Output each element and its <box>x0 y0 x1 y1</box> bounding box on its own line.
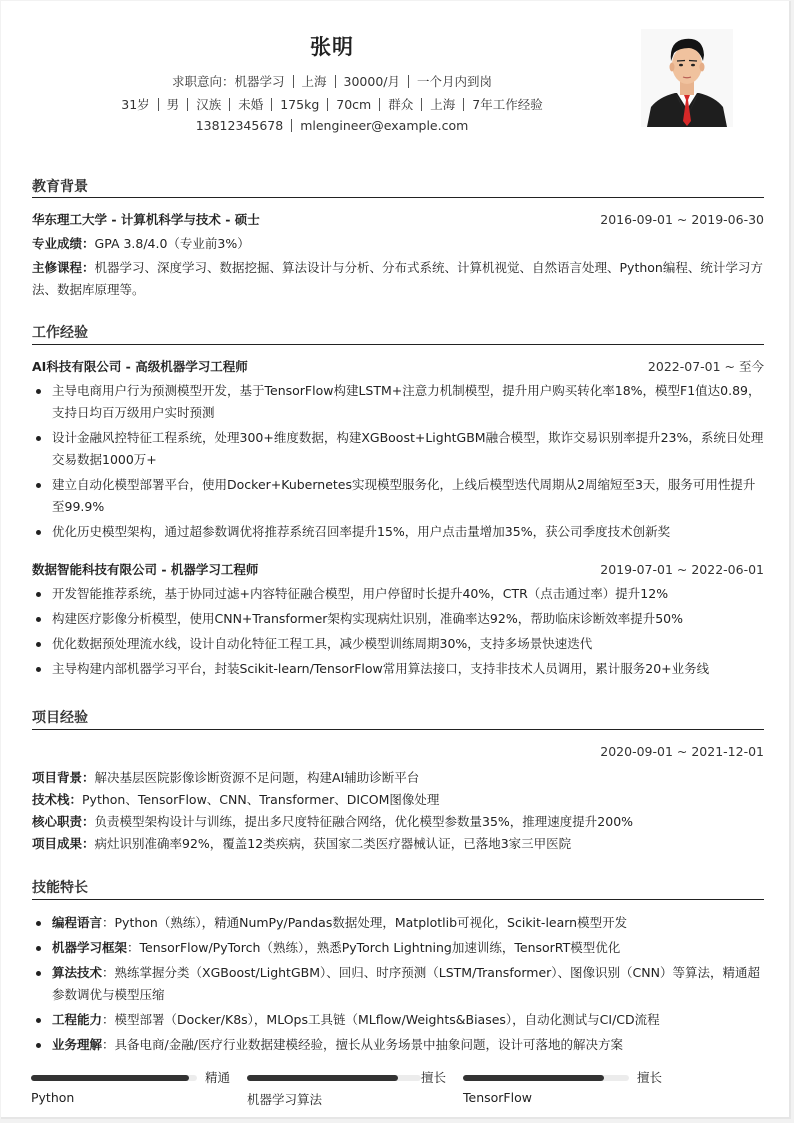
height: 70cm <box>336 97 371 112</box>
list-item: 机器学习框架：TensorFlow/PyTorch（熟练），熟悉PyTorch … <box>32 937 764 959</box>
divider <box>229 98 230 111</box>
section-divider <box>32 729 764 730</box>
job-heading: AI科技有限公司 - 高级机器学习工程师 2022-07-01 ~ 至今 <box>32 358 764 376</box>
skill-detail: ：熟练掌握分类（XGBoost/LightGBM）、回归、时序预测（LSTM/T… <box>52 965 760 1002</box>
divider <box>379 98 380 111</box>
skill-bar-fill <box>31 1075 189 1081</box>
job-intent-line: 求职意向：机器学习上海30000/月一个月内到岗 <box>1 72 663 90</box>
section-title-skills: 技能特长 <box>32 877 88 897</box>
skill-category: 工程能力 <box>52 1012 102 1027</box>
list-item: 编程语言：Python（熟练），精通NumPy/Pandas数据处理，Matpl… <box>32 912 764 934</box>
skill-detail: ：TensorFlow/PyTorch（熟练），熟悉PyTorch Lightn… <box>127 940 620 955</box>
skill-level: 擅长 <box>421 1068 446 1086</box>
section-title-project: 项目经验 <box>32 707 88 727</box>
section-divider <box>32 344 764 345</box>
section-divider <box>32 197 764 198</box>
skill-bar-track <box>31 1075 197 1081</box>
job-company-role: AI科技有限公司 - 高级机器学习工程师 <box>32 359 248 374</box>
skill-category: 编程语言 <box>52 915 102 930</box>
project-field-value: 解决基层医院影像诊断资源不足问题，构建AI辅助诊断平台 <box>95 770 420 785</box>
skill-category: 机器学习框架 <box>52 940 127 955</box>
education-courses: 主修课程：机器学习、深度学习、数据挖掘、算法设计与分析、分布式系统、计算机视觉、… <box>32 257 764 301</box>
ethnicity: 汉族 <box>196 97 221 112</box>
divider <box>187 98 188 111</box>
skill-bar-fill <box>463 1075 604 1081</box>
divider <box>291 119 292 132</box>
list-item: 工程能力：模型部署（Docker/K8s），MLOps工具链（MLflow/We… <box>32 1009 764 1031</box>
section-divider <box>32 899 764 900</box>
list-item: 开发智能推荐系统，基于协同过滤+内容特征融合模型，用户停留时长提升40%，CTR… <box>32 583 764 605</box>
skill-detail: ：具备电商/金融/医疗行业数据建模经验，擅长从业务场景中抽象问题，设计可落地的解… <box>102 1037 623 1052</box>
list-item: 建立自动化模型部署平台，使用Docker+Kubernetes实现模型服务化，上… <box>32 474 764 518</box>
resume-header: 张明 求职意向：机器学习上海30000/月一个月内到岗 31岁男汉族未婚175k… <box>1 1 791 151</box>
email[interactable]: mlengineer@example.com <box>300 118 468 133</box>
list-item: 算法技术：熟练掌握分类（XGBoost/LightGBM）、回归、时序预测（LS… <box>32 962 764 1006</box>
school-degree: 华东理工大学 - 计算机科学与技术 - 硕士 <box>32 212 260 227</box>
list-item: 构建医疗影像分析模型，使用CNN+Transformer架构实现病灶识别，准确率… <box>32 608 764 630</box>
section-title-education: 教育背景 <box>32 176 88 196</box>
education-gpa: 专业成绩：GPA 3.8/4.0（专业前3%） <box>32 233 764 255</box>
intent-position: 求职意向：机器学习 <box>172 74 285 89</box>
experience-years: 7年工作经验 <box>472 97 542 112</box>
job-bullets: 主导电商用户行为预测模型开发，基于TensorFlow构建LSTM+注意力机制模… <box>32 380 764 546</box>
divider <box>463 98 464 111</box>
gender: 男 <box>167 97 180 112</box>
project-field-value: 负责模型架构设计与训练，提出多尺度特征融合网络，优化模型参数量35%，推理速度提… <box>95 814 634 829</box>
personal-info-line: 31岁男汉族未婚175kg70cm群众上海7年工作经验 <box>1 95 663 113</box>
project-field-label: 项目背景： <box>32 770 95 785</box>
gpa-value: GPA 3.8/4.0（专业前3%） <box>95 236 250 251</box>
marital-status: 未婚 <box>238 97 263 112</box>
job-heading: 数据智能科技有限公司 - 机器学习工程师 2019-07-01 ~ 2022-0… <box>32 561 764 579</box>
project-field-label: 技术栈： <box>32 792 82 807</box>
divider <box>408 75 409 88</box>
project-field-label: 项目成果： <box>32 836 95 851</box>
project-responsibilities: 核心职责：负责模型架构设计与训练，提出多尺度特征融合网络，优化模型参数量35%，… <box>32 811 764 833</box>
skill-level: 擅长 <box>637 1068 662 1086</box>
divider <box>158 98 159 111</box>
project-date: 2020-09-01 ~ 2021-12-01 <box>600 743 764 761</box>
phone[interactable]: 13812345678 <box>196 118 283 133</box>
skill-category: 算法技术 <box>52 965 102 980</box>
job-bullets: 开发智能推荐系统，基于协同过滤+内容特征融合模型，用户停留时长提升40%，CTR… <box>32 583 764 683</box>
project-field-value: 病灶识别准确率92%，覆盖12类疾病，获国家二类医疗器械认证，已落地3家三甲医院 <box>95 836 572 851</box>
project-field-label: 核心职责： <box>32 814 95 829</box>
divider <box>327 98 328 111</box>
project-tech-stack: 技术栈：Python、TensorFlow、CNN、Transformer、DI… <box>32 789 764 811</box>
job-date: 2019-07-01 ~ 2022-06-01 <box>600 561 764 579</box>
list-item: 优化数据预处理流水线，设计自动化特征工程工具，减少模型训练周期30%，支持多场景… <box>32 633 764 655</box>
project-results: 项目成果：病灶识别准确率92%，覆盖12类疾病，获国家二类医疗器械认证，已落地3… <box>32 833 764 855</box>
divider <box>271 98 272 111</box>
avatar <box>641 29 733 127</box>
job-date: 2022-07-01 ~ 至今 <box>648 358 764 376</box>
education-entry-heading: 华东理工大学 - 计算机科学与技术 - 硕士 2016-09-01 ~ 2019… <box>32 211 764 229</box>
location: 上海 <box>430 97 455 112</box>
skill-bar-track <box>463 1075 629 1081</box>
intent-city: 上海 <box>302 74 327 89</box>
list-item: 优化历史模型架构，通过超参数调优将推荐系统召回率提升15%，用户点击量增加35%… <box>32 521 764 543</box>
skill-bar-fill <box>247 1075 398 1081</box>
resume-page: 张明 求职意向：机器学习上海30000/月一个月内到岗 31岁男汉族未婚175k… <box>1 1 791 1119</box>
courses-label: 主修课程： <box>32 260 95 275</box>
section-title-work: 工作经验 <box>32 322 88 342</box>
age: 31岁 <box>121 97 149 112</box>
political-status: 群众 <box>388 97 413 112</box>
list-item: 主导构建内部机器学习平台，封装Scikit-learn/TensorFlow常用… <box>32 658 764 680</box>
candidate-name: 张明 <box>1 31 663 61</box>
skill-name: 机器学习算法 <box>247 1090 322 1108</box>
divider <box>293 75 294 88</box>
intent-availability: 一个月内到岗 <box>417 74 492 89</box>
skill-category: 业务理解 <box>52 1037 102 1052</box>
education-date: 2016-09-01 ~ 2019-06-30 <box>600 211 764 229</box>
skill-detail: ：Python（熟练），精通NumPy/Pandas数据处理，Matplotli… <box>102 915 627 930</box>
skill-bar-track <box>247 1075 421 1081</box>
intent-salary: 30000/月 <box>344 74 400 89</box>
skill-name: Python <box>31 1090 74 1105</box>
divider <box>335 75 336 88</box>
skill-name: TensorFlow <box>463 1090 532 1105</box>
job-company-role: 数据智能科技有限公司 - 机器学习工程师 <box>32 562 258 577</box>
gpa-label: 专业成绩： <box>32 236 95 251</box>
project-field-value: Python、TensorFlow、CNN、Transformer、DICOM图… <box>82 792 439 807</box>
skills-list: 编程语言：Python（熟练），精通NumPy/Pandas数据处理，Matpl… <box>32 912 764 1059</box>
divider <box>421 98 422 111</box>
courses-value: 机器学习、深度学习、数据挖掘、算法设计与分析、分布式系统、计算机视觉、自然语言处… <box>32 260 763 297</box>
list-item: 主导电商用户行为预测模型开发，基于TensorFlow构建LSTM+注意力机制模… <box>32 380 764 424</box>
skill-level: 精通 <box>205 1068 230 1086</box>
list-item: 业务理解：具备电商/金融/医疗行业数据建模经验，擅长从业务场景中抽象问题，设计可… <box>32 1034 764 1056</box>
weight: 175kg <box>280 97 319 112</box>
list-item: 设计金融风控特征工程系统，处理300+维度数据，构建XGBoost+LightG… <box>32 427 764 471</box>
project-background: 项目背景：解决基层医院影像诊断资源不足问题，构建AI辅助诊断平台 <box>32 767 764 789</box>
avatar-portrait-icon <box>641 29 733 127</box>
skill-detail: ：模型部署（Docker/K8s），MLOps工具链（MLflow/Weight… <box>102 1012 660 1027</box>
contact-line: 13812345678mlengineer@example.com <box>1 118 663 133</box>
